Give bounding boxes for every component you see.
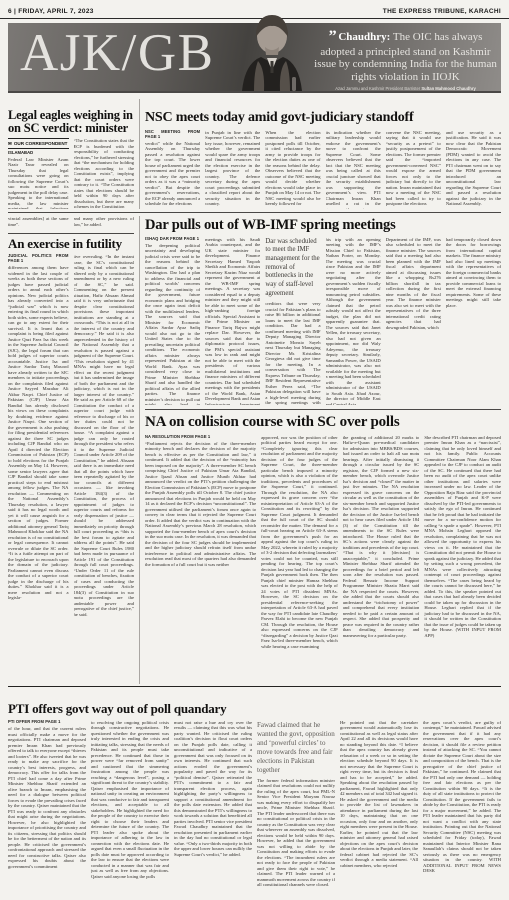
pull-quote: Fawad claimed that he wanted the govt, o… [257,721,335,775]
column-text: creditors that were very crucial for Pak… [265,301,320,404]
futility-body: JUDICIAL POLITICS FROM PAGE 1 difference… [8,254,134,684]
article-column: in Punjab in line with the Supreme Court… [205,130,260,209]
column-text: tive overruling. “In the instant case, t… [74,254,135,617]
column-text: to resolving the ongoing political crisi… [91,720,169,879]
dar-body: ISHAQ DAR FROM PAGE 1 The deepening poli… [145,237,501,405]
column-text: and many other provisions of law,” he ad… [74,216,135,227]
article-column: NSC MEETING FROM PAGE 1 verdict” while t… [145,130,200,209]
column-text: verdict” while the National Assembly on … [145,141,200,207]
section-rule [8,212,501,213]
na-body: NA RESOLUTION FROM PAGE 1 “Parliament re… [145,435,501,685]
newspaper-page: 6 | FRIDAY, APRIL 7, 2023 THE EXPRESS TR… [0,0,509,900]
dar-headline: Dar pulls out of WB-IMF spring meetings [145,218,501,233]
column-text: “The Constitution states that the ECP is… [74,138,135,209]
column-text: of the hour, and that the current rulers… [8,726,86,869]
futility-headline: An exercise in futility [8,233,134,250]
pti-headline: PTI offers govt way out of poll quandary [8,702,501,715]
nsc-body: NSC MEETING FROM PAGE 1 verdict” while t… [145,130,501,209]
article-column: had temporarily closed down the doors fo… [446,237,501,405]
article-column: ✉ OUR CORRESPONDENT ISLAMABAD Federal La… [8,138,69,209]
attribution-prefix: Azad Jammu and Kashmir President Barrist… [335,86,421,91]
column-text: The deepening political uncertainty and … [145,243,200,405]
dateline: ISLAMABAD [8,150,69,155]
article-column: the apex court’s verdict, are guilty of … [423,720,501,900]
column-text: differences among them have widened in t… [8,265,69,600]
column-text: vincial assemblies] at the same time”. [8,216,69,227]
pti-body: PTI OFFER FROM PAGE 1 of the hour, and t… [8,720,501,900]
article-column: and use security as a justification. He … [446,130,501,209]
quote-line: ” Chaudhry: The OIC has always adopted a… [314,28,497,83]
pull-quote: Dar was scheduled to meet the IMF manage… [265,238,320,299]
article-column: JUDICIAL POLITICS FROM PAGE 1 difference… [8,254,69,684]
column-text: in Punjab in line with the Supreme Court… [205,130,260,207]
legal-continuation: vincial assemblies] at the same time”. a… [8,216,134,230]
article-column: NA RESOLUTION FROM PAGE 1 “Parliament re… [145,435,256,685]
column-text: Federal Law Minister Azam Nazir Tarar re… [8,157,69,209]
article-column: must not raise a hue and cry over the re… [174,720,252,900]
column-text: the granting of additional 20 marks to H… [343,435,420,638]
article-pti-offer: PTI offers govt way out of poll quandary… [8,686,501,900]
quote-mark-icon: ” [329,28,336,45]
article-column: She described PTI chairman and deposed p… [424,435,501,685]
article-column: Fawad claimed that he wanted the govt, o… [257,720,335,900]
column-text: He pointed out that the caretaker govern… [340,720,418,868]
column-text: She described PTI chairman and deposed p… [424,435,501,638]
continuation-kicker: NSC MEETING FROM PAGE 1 [145,130,200,140]
nsc-headline: NSC meets today amid govt-judiciary stan… [145,111,501,125]
article-column: approved, nor was the position of other … [261,435,338,685]
section-banner: AJK/GB ” Chaudhry: The OIC has always ad… [8,23,501,93]
article-column: tive overruling. “In the instant case, t… [74,254,135,684]
article-exercise-futility: vincial assemblies] at the same time”. a… [8,216,139,684]
article-column: meetings with his Saudi Arabia counterpa… [205,237,260,405]
top-article-band: Legal eagles weighing in on SC verdict: … [8,99,501,209]
continuation-kicker: ISHAQ DAR FROM PAGE 1 [145,237,200,242]
continuation-kicker: PTI OFFER FROM PAGE 1 [8,720,86,725]
middle-article-band: vincial assemblies] at the same time”. a… [8,216,501,684]
article-column: “The Constitution states that the ECP is… [74,138,135,209]
article-legal-eagles: Legal eagles weighing in on SC verdict: … [8,99,139,209]
article-column: PTI OFFER FROM PAGE 1 of the hour, and t… [8,720,86,900]
edition-title: THE EXPRESS TRIBUNE, KARACHI [383,8,501,15]
column-text: The former federal information minister … [257,778,335,888]
legal-headline: Legal eagles weighing in on SC verdict: … [8,109,134,135]
speaker-photo [232,9,312,91]
column-text: his trip with an opening meeting with th… [326,237,381,405]
page-number-date: 6 | FRIDAY, APRIL 7, 2023 [8,8,94,15]
column-text: approved, nor was the position of other … [261,435,338,649]
continuation-kicker: JUDICIAL POLITICS FROM PAGE 1 [8,254,69,264]
article-column: He pointed out that the caretaker govern… [340,720,418,900]
article-column: Department of the IMF, was also schedule… [386,237,441,405]
article-column: his trip with an opening meeting with th… [326,237,381,405]
legal-body: ✉ OUR CORRESPONDENT ISLAMABAD Federal La… [8,138,134,209]
quote-speaker: Chaudhry: [338,31,390,43]
column-text: must not raise a hue and cry over the re… [174,720,252,857]
article-column: to resolving the ongoing political crisi… [91,720,169,900]
column-text: had temporarily closed down the doors fo… [446,237,501,308]
column-text: Department of the IMF, was also schedule… [386,237,441,330]
right-article-stack: Dar pulls out of WB-IMF spring meetings … [139,216,501,684]
article-nsc-meeting: NSC meets today amid govt-judiciary stan… [140,99,501,209]
article-column: and many other provisions of law,” he ad… [74,216,135,230]
section-title: AJK/GB [20,27,215,80]
continuation-kicker: NA RESOLUTION FROM PAGE 1 [145,435,256,440]
quote-attribution: Azad Jammu and Kashmir President Barrist… [314,86,497,91]
article-column: its indication whether the military lead… [326,130,381,209]
article-column: When the election commission had earlier… [265,130,320,209]
section-rule [145,409,501,410]
article-column: vincial assemblies] at the same time”. [8,216,69,230]
na-headline: NA on collision course with SC over poll… [145,415,501,430]
article-column: ISHAQ DAR FROM PAGE 1 The deepening poli… [145,237,200,405]
column-text: its indication whether the military lead… [326,130,381,209]
column-text: convene the NSC meeting, saying that it … [386,130,441,207]
article-column: the granting of additional 20 marks to H… [343,435,420,685]
banner-quote: ” Chaudhry: The OIC has always adopted a… [314,28,497,91]
column-text: and use security as a justification. He … [446,130,501,207]
article-dar-imf: Dar pulls out of WB-IMF spring meetings … [145,216,501,405]
column-text: When the election commission had earlier… [265,130,320,207]
article-column: Dar was scheduled to meet the IMF manage… [265,237,320,405]
article-column: convene the NSC meeting, saying that it … [386,130,441,209]
article-na-collision: NA on collision course with SC over poll… [145,413,501,685]
attribution-name: Sultan Mahmood Chaudhry [421,86,475,91]
envelope-icon: ✉ [8,141,12,147]
column-text: “Parliament rejects the decision of the … [145,441,256,567]
byline-box: ✉ OUR CORRESPONDENT [8,138,69,149]
byline: OUR CORRESPONDENT [14,141,68,147]
column-text: meetings with his Saudi Arabia counterpa… [205,237,260,405]
column-text: the apex court’s verdict, are guilty of … [423,720,501,874]
